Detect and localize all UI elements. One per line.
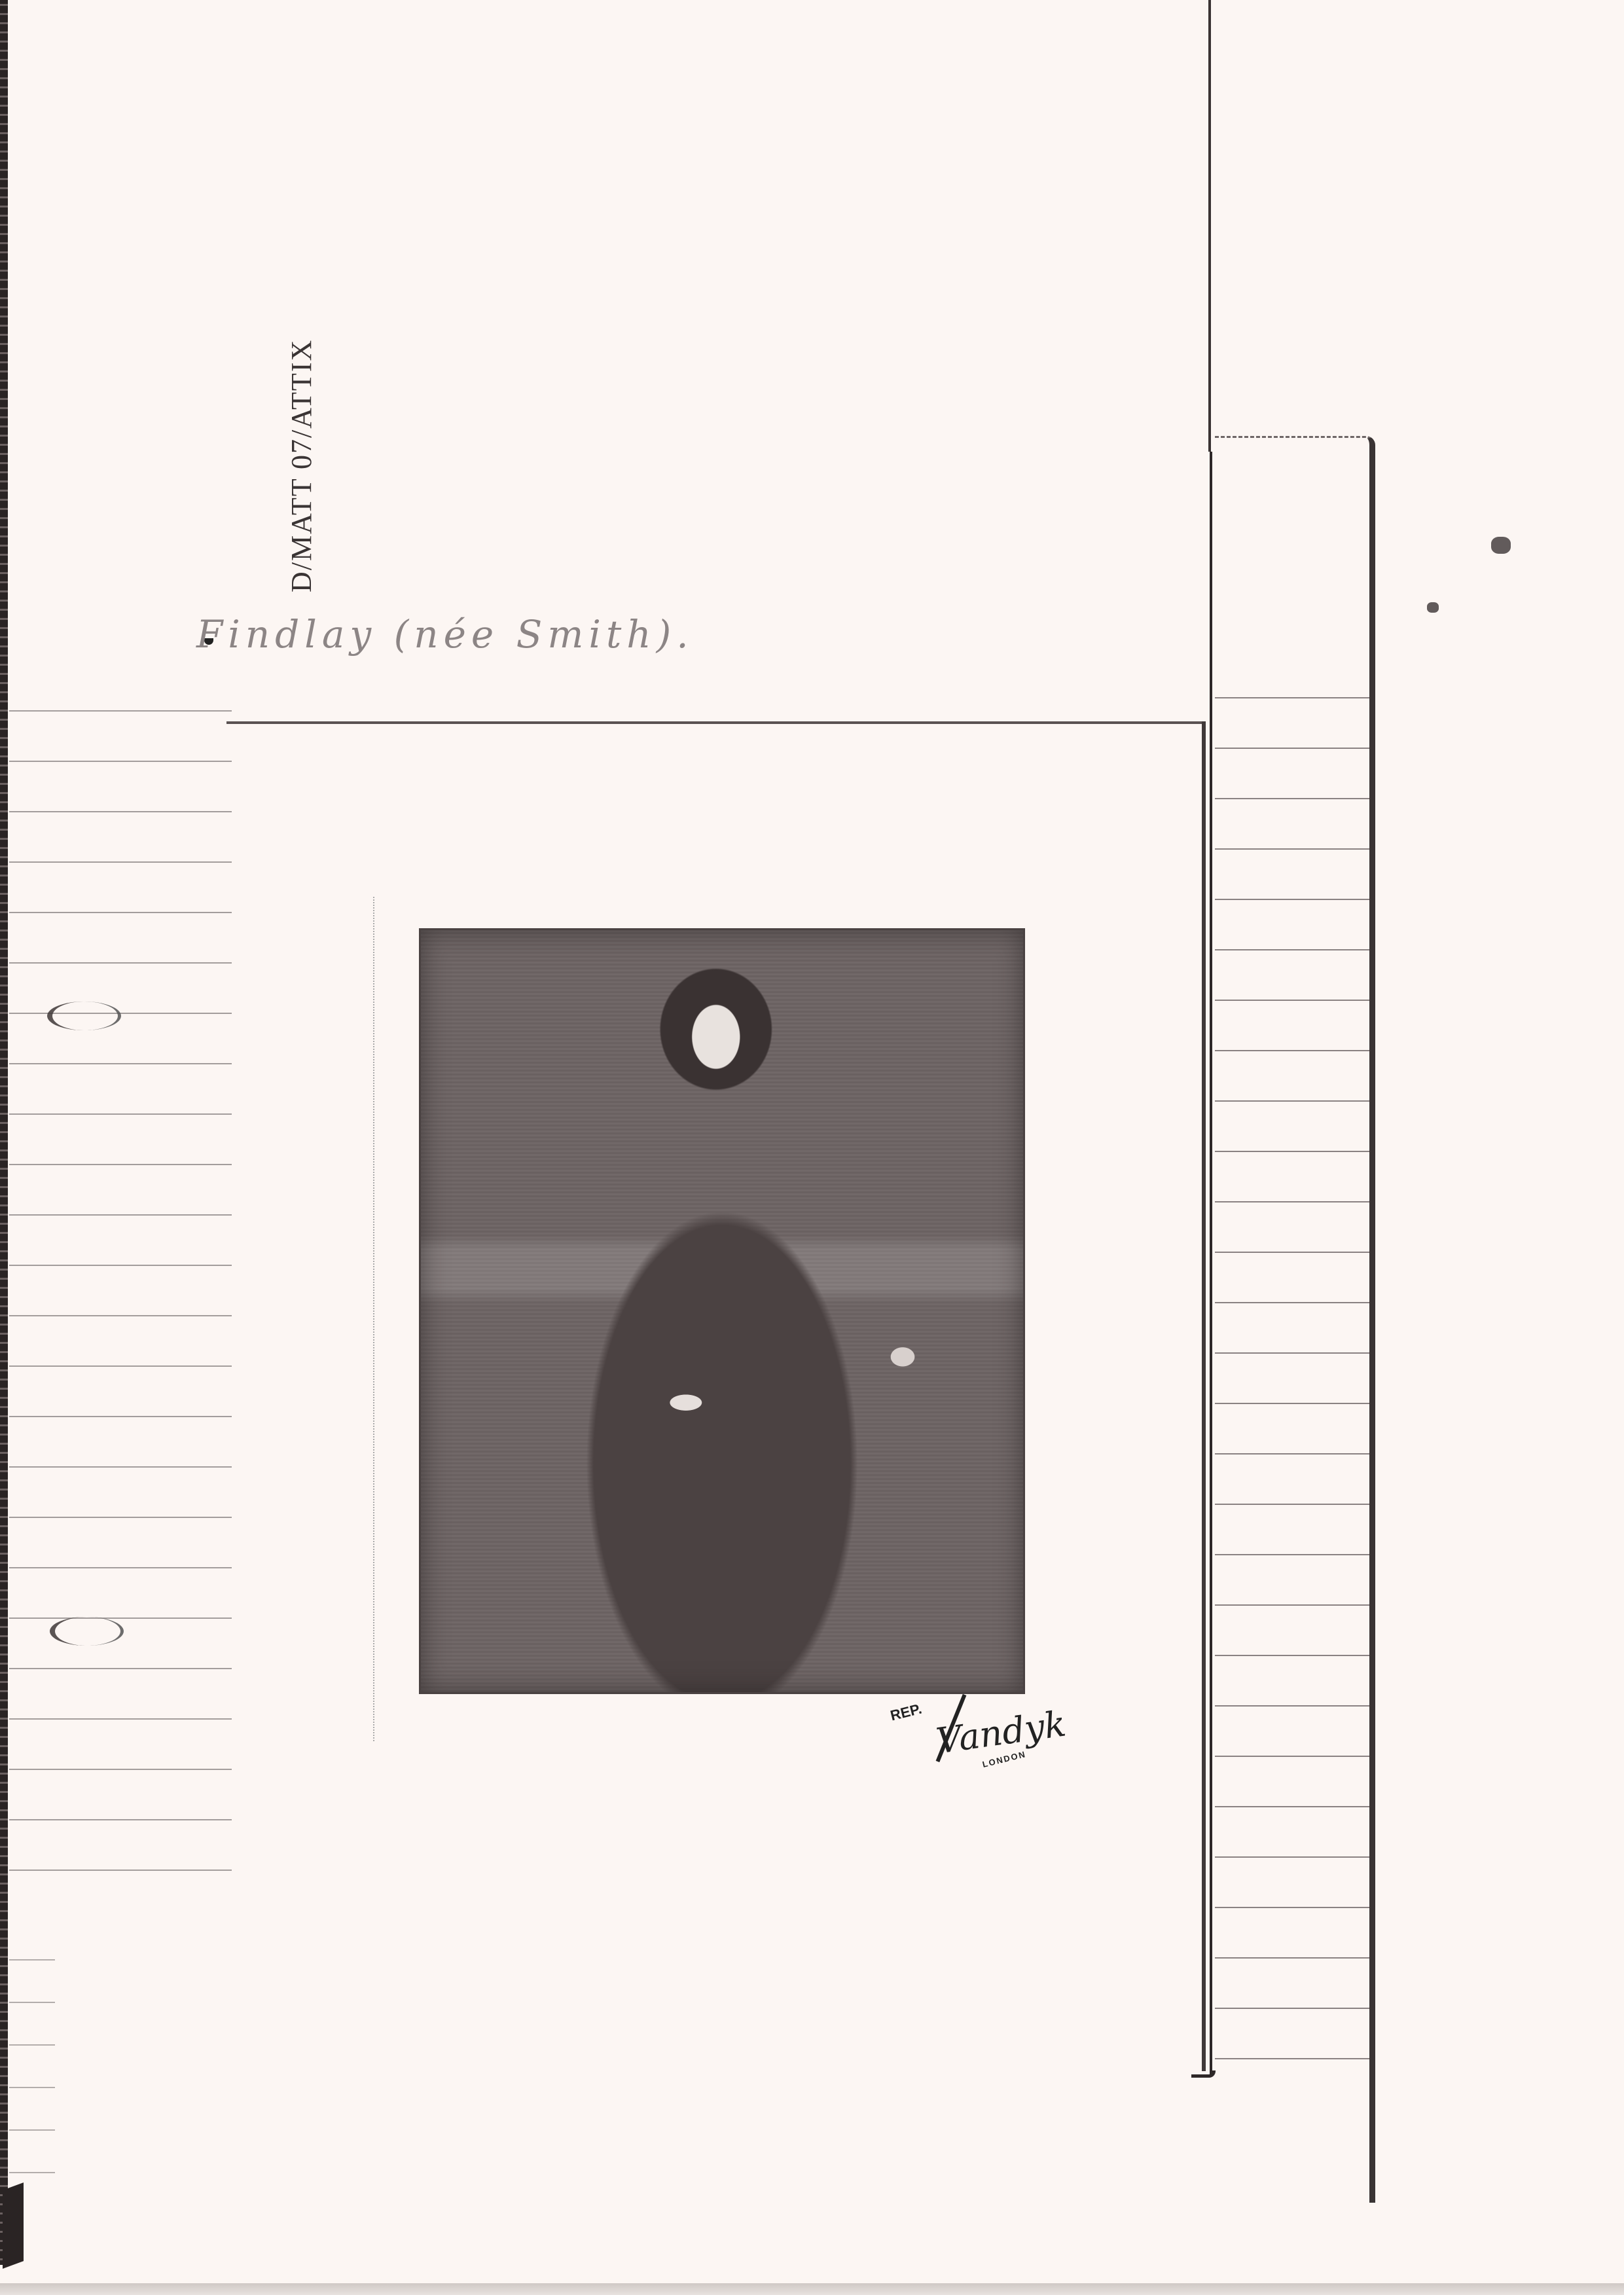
ruled-card-lines: [1215, 648, 1369, 2088]
binding-clip: [3, 2182, 24, 2269]
handwritten-caption: Findlay (née Smith).: [196, 612, 694, 657]
photographer-signature: REP. Vandyk LONDON: [884, 1692, 1067, 1771]
signature-prefix: REP.: [889, 1701, 924, 1725]
left-ruled-lines-lower: [9, 1918, 55, 2193]
photo-mount-edge: [1202, 721, 1206, 2071]
punch-hole-icon: [50, 1617, 124, 1646]
binding-edge: [0, 0, 8, 2265]
mount-inner-border: [373, 897, 376, 1741]
punch-hole-icon: [47, 1002, 121, 1030]
back-sheet-edge-lower: [1210, 452, 1212, 2075]
archive-reference-stamp: D/MATT 07/ATTIX: [285, 339, 318, 592]
portrait-photograph: [419, 928, 1025, 1694]
scan-speck: [1427, 602, 1439, 613]
scan-bottom-edge: [0, 2283, 1624, 2295]
signature-name: Vandyk: [934, 1703, 1069, 1762]
scan-speck: [1491, 537, 1511, 554]
left-ruled-lines: [9, 661, 232, 1905]
back-sheet-edge: [1208, 0, 1211, 452]
